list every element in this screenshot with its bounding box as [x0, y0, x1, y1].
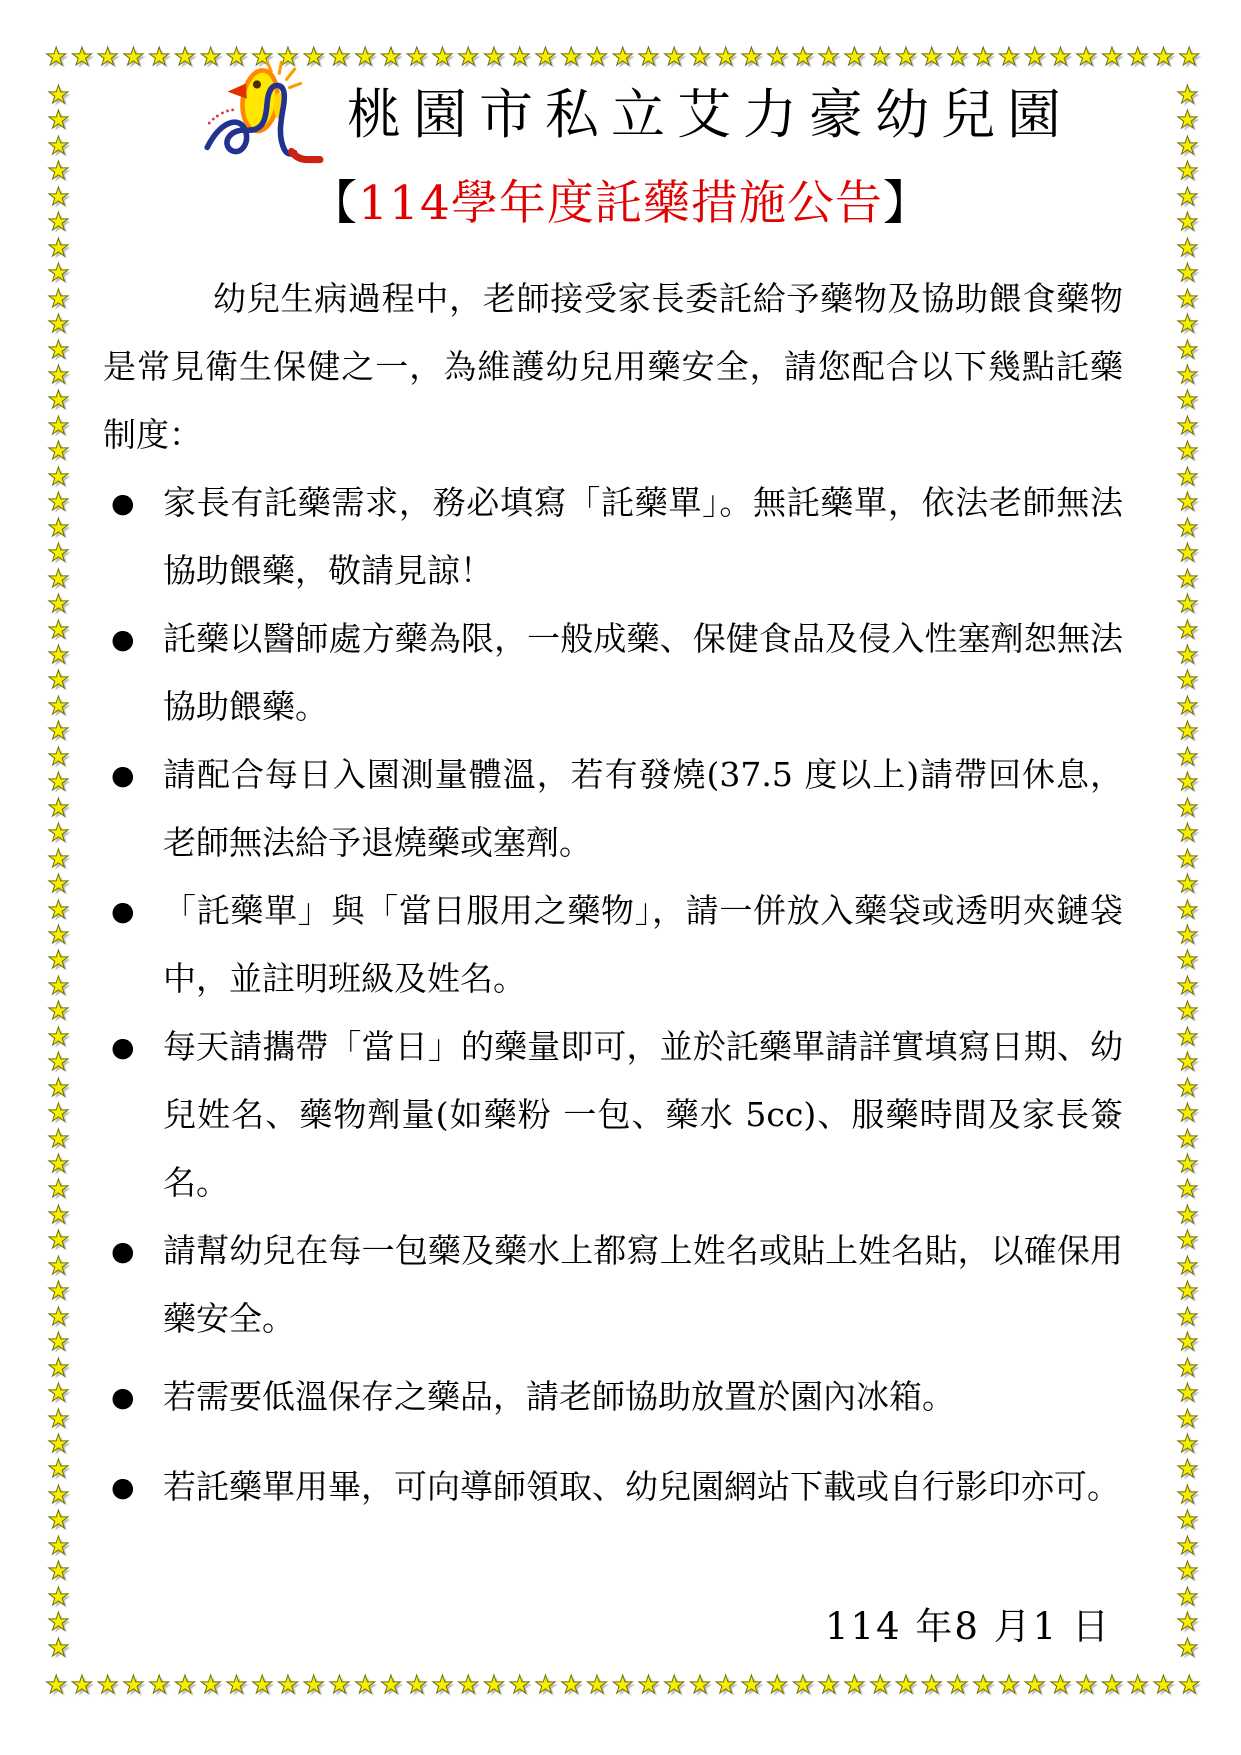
star-icon: ★	[946, 1672, 968, 1697]
star-icon: ★	[637, 44, 659, 69]
star-icon: ★	[715, 1672, 737, 1697]
star-icon: ★	[1176, 133, 1198, 158]
star-icon: ★	[47, 1635, 69, 1660]
star-icon: ★	[47, 311, 69, 336]
star-icon: ★	[1024, 1672, 1046, 1697]
star-icon: ★	[47, 1609, 69, 1634]
star-icon: ★	[869, 1672, 891, 1697]
star-icon: ★	[483, 44, 505, 69]
star-icon: ★	[843, 1672, 865, 1697]
star-border-right: ★★★★★★★★★★★★★★★★★★★★★★★★★★★★★★★★★★★★★★★★…	[1174, 82, 1201, 1660]
star-icon: ★	[406, 1672, 428, 1697]
star-icon: ★	[740, 1672, 762, 1697]
star-icon: ★	[1176, 1100, 1198, 1125]
star-icon: ★	[47, 260, 69, 285]
star-icon: ★	[818, 44, 840, 69]
document-body: 幼兒生病過程中，老師接受家長委託給予藥物及協助餵食藥物是常見衛生保健之一，為維護…	[103, 265, 1123, 1521]
star-icon: ★	[71, 1672, 93, 1697]
star-icon: ★	[792, 44, 814, 69]
star-icon: ★	[483, 1672, 505, 1697]
star-icon: ★	[1176, 107, 1198, 132]
title-close-bracket: 】	[883, 176, 931, 231]
star-icon: ★	[47, 1151, 69, 1176]
star-icon: ★	[431, 44, 453, 69]
star-icon: ★	[1176, 464, 1198, 489]
star-icon: ★	[47, 82, 69, 107]
star-icon: ★	[47, 871, 69, 896]
star-icon: ★	[174, 1672, 196, 1697]
star-icon: ★	[47, 1482, 69, 1507]
star-icon: ★	[47, 107, 69, 132]
star-icon: ★	[1176, 1075, 1198, 1100]
star-icon: ★	[1176, 1635, 1198, 1660]
star-icon: ★	[1176, 1278, 1198, 1303]
star-icon: ★	[715, 44, 737, 69]
star-icon: ★	[457, 1672, 479, 1697]
star-icon: ★	[1049, 1672, 1071, 1697]
star-icon: ★	[792, 1672, 814, 1697]
bullet-item: 若需要低溫保存之藥品，請老師協助放置於園內冰箱。	[103, 1363, 1123, 1431]
star-icon: ★	[47, 1049, 69, 1074]
star-icon: ★	[998, 44, 1020, 69]
star-icon: ★	[1176, 693, 1198, 718]
star-icon: ★	[47, 286, 69, 311]
logo-red-tail	[291, 151, 319, 159]
star-icon: ★	[534, 44, 556, 69]
title-text: 114學年度託藥措施公告	[358, 176, 883, 231]
star-icon: ★	[1176, 337, 1198, 362]
star-icon: ★	[1176, 820, 1198, 845]
star-icon: ★	[1178, 44, 1200, 69]
star-icon: ★	[1176, 387, 1198, 412]
star-icon: ★	[47, 1253, 69, 1278]
star-icon: ★	[1176, 1304, 1198, 1329]
star-icon: ★	[1176, 1126, 1198, 1151]
star-icon: ★	[47, 387, 69, 412]
star-icon: ★	[1152, 1672, 1174, 1697]
star-icon: ★	[1176, 489, 1198, 514]
star-icon: ★	[1176, 1329, 1198, 1354]
star-icon: ★	[47, 1202, 69, 1227]
star-icon: ★	[1176, 1024, 1198, 1049]
star-icon: ★	[1176, 947, 1198, 972]
star-icon: ★	[1176, 362, 1198, 387]
star-icon: ★	[225, 1672, 247, 1697]
star-icon: ★	[47, 1278, 69, 1303]
bullet-item: 託藥以醫師處方藥為限，一般成藥、保健食品及侵入性塞劑恕無法協助餵藥。	[103, 605, 1123, 741]
star-icon: ★	[47, 897, 69, 922]
star-icon: ★	[1176, 744, 1198, 769]
announcement-page: ★★★★★★★★★★★★★★★★★★★★★★★★★★★★★★★★★★★★★★★★…	[0, 0, 1241, 1755]
star-icon: ★	[1176, 1176, 1198, 1201]
star-icon: ★	[895, 44, 917, 69]
star-icon: ★	[637, 1672, 659, 1697]
star-icon: ★	[1176, 1558, 1198, 1583]
star-icon: ★	[47, 1075, 69, 1100]
star-icon: ★	[1176, 617, 1198, 642]
star-icon: ★	[1176, 515, 1198, 540]
announcement-title: 【114學年度託藥措施公告】	[0, 166, 1241, 233]
star-icon: ★	[612, 1672, 634, 1697]
star-icon: ★	[1178, 1672, 1200, 1697]
star-icon: ★	[328, 1672, 350, 1697]
star-icon: ★	[1176, 260, 1198, 285]
star-icon: ★	[45, 1672, 67, 1697]
star-icon: ★	[47, 1100, 69, 1125]
star-icon: ★	[1127, 1672, 1149, 1697]
bullet-item: 請配合每日入園測量體溫，若有發燒(37.5 度以上)請帶回休息，老師無法給予退燒…	[103, 741, 1123, 877]
star-icon: ★	[1127, 44, 1149, 69]
star-icon: ★	[586, 1672, 608, 1697]
star-icon: ★	[946, 44, 968, 69]
star-icon: ★	[740, 44, 762, 69]
star-icon: ★	[47, 1507, 69, 1532]
star-icon: ★	[47, 489, 69, 514]
star-icon: ★	[380, 44, 402, 69]
star-icon: ★	[47, 1584, 69, 1609]
star-icon: ★	[45, 44, 67, 69]
star-icon: ★	[1075, 1672, 1097, 1697]
star-icon: ★	[1176, 1202, 1198, 1227]
star-icon: ★	[47, 1176, 69, 1201]
star-icon: ★	[200, 1672, 222, 1697]
star-icon: ★	[1176, 311, 1198, 336]
star-icon: ★	[1176, 998, 1198, 1023]
policy-bullet-list: 家長有託藥需求，務必填寫「託藥單」。無託藥單，依法老師無法協助餵藥，敬請見諒！託…	[103, 469, 1123, 1521]
star-icon: ★	[663, 44, 685, 69]
intro-paragraph: 幼兒生病過程中，老師接受家長委託給予藥物及協助餵食藥物是常見衛生保健之一，為維護…	[103, 265, 1123, 469]
star-icon: ★	[47, 438, 69, 463]
star-icon: ★	[921, 1672, 943, 1697]
star-icon: ★	[1176, 1507, 1198, 1532]
logo-eye	[253, 80, 261, 88]
star-icon: ★	[1176, 540, 1198, 565]
star-icon: ★	[1176, 438, 1198, 463]
star-icon: ★	[1176, 1151, 1198, 1176]
star-border-bottom: ★★★★★★★★★★★★★★★★★★★★★★★★★★★★★★★★★★★★★★★★…	[45, 1672, 1201, 1697]
star-icon: ★	[1176, 286, 1198, 311]
star-icon: ★	[560, 44, 582, 69]
star-icon: ★	[869, 44, 891, 69]
star-icon: ★	[47, 1431, 69, 1456]
star-icon: ★	[689, 1672, 711, 1697]
star-icon: ★	[818, 1672, 840, 1697]
star-icon: ★	[47, 769, 69, 794]
bullet-item: 請幫幼兒在每一包藥及藥水上都寫上姓名或貼上姓名貼，以確保用藥安全。	[103, 1217, 1123, 1353]
star-icon: ★	[122, 44, 144, 69]
star-icon: ★	[972, 44, 994, 69]
star-icon: ★	[895, 1672, 917, 1697]
star-icon: ★	[1176, 1355, 1198, 1380]
star-icon: ★	[47, 591, 69, 616]
star-icon: ★	[509, 1672, 531, 1697]
star-icon: ★	[612, 44, 634, 69]
star-icon: ★	[972, 1672, 994, 1697]
star-icon: ★	[1176, 1533, 1198, 1558]
star-icon: ★	[1176, 1584, 1198, 1609]
star-icon: ★	[1024, 44, 1046, 69]
star-icon: ★	[97, 1672, 119, 1697]
star-icon: ★	[47, 846, 69, 871]
star-icon: ★	[1176, 566, 1198, 591]
star-icon: ★	[251, 1672, 273, 1697]
school-bird-logo-icon	[193, 58, 325, 180]
star-icon: ★	[47, 235, 69, 260]
star-icon: ★	[47, 1329, 69, 1354]
star-icon: ★	[1176, 1456, 1198, 1481]
star-icon: ★	[328, 44, 350, 69]
star-icon: ★	[47, 642, 69, 667]
star-icon: ★	[921, 44, 943, 69]
star-icon: ★	[47, 515, 69, 540]
star-icon: ★	[1176, 871, 1198, 896]
star-icon: ★	[431, 1672, 453, 1697]
star-icon: ★	[71, 44, 93, 69]
star-icon: ★	[1176, 846, 1198, 871]
star-icon: ★	[1176, 769, 1198, 794]
star-icon: ★	[1101, 1672, 1123, 1697]
star-icon: ★	[47, 133, 69, 158]
star-icon: ★	[47, 820, 69, 845]
star-icon: ★	[1176, 718, 1198, 743]
star-icon: ★	[47, 922, 69, 947]
bullet-item: 每天請攜帶「當日」的藥量即可，並於託藥單請詳實填寫日期、幼兒姓名、藥物劑量(如藥…	[103, 1013, 1123, 1217]
star-icon: ★	[457, 44, 479, 69]
star-icon: ★	[47, 667, 69, 692]
logo-beak	[228, 83, 247, 98]
star-icon: ★	[1176, 235, 1198, 260]
star-icon: ★	[47, 1380, 69, 1405]
star-icon: ★	[560, 1672, 582, 1697]
star-icon: ★	[47, 1558, 69, 1583]
star-icon: ★	[47, 337, 69, 362]
star-icon: ★	[586, 44, 608, 69]
star-icon: ★	[47, 566, 69, 591]
issue-date: 114 年8 月1 日	[825, 1596, 1111, 1650]
school-name-title: 桃園市私立艾力豪幼兒園	[320, 72, 1100, 149]
star-icon: ★	[509, 44, 531, 69]
star-icon: ★	[1176, 82, 1198, 107]
star-icon: ★	[1176, 667, 1198, 692]
star-icon: ★	[354, 1672, 376, 1697]
star-icon: ★	[1176, 591, 1198, 616]
star-icon: ★	[47, 1355, 69, 1380]
star-icon: ★	[380, 1672, 402, 1697]
star-icon: ★	[766, 44, 788, 69]
star-icon: ★	[766, 1672, 788, 1697]
star-icon: ★	[47, 1304, 69, 1329]
star-icon: ★	[148, 44, 170, 69]
star-icon: ★	[1176, 1431, 1198, 1456]
star-icon: ★	[97, 44, 119, 69]
star-icon: ★	[148, 1672, 170, 1697]
star-icon: ★	[689, 44, 711, 69]
star-icon: ★	[47, 413, 69, 438]
star-icon: ★	[47, 718, 69, 743]
star-icon: ★	[1176, 795, 1198, 820]
star-icon: ★	[1176, 922, 1198, 947]
star-icon: ★	[47, 1126, 69, 1151]
star-icon: ★	[406, 44, 428, 69]
star-icon: ★	[47, 1227, 69, 1252]
bullet-item: 家長有託藥需求，務必填寫「託藥單」。無託藥單，依法老師無法協助餵藥，敬請見諒！	[103, 469, 1123, 605]
star-icon: ★	[1176, 973, 1198, 998]
star-icon: ★	[1075, 44, 1097, 69]
star-icon: ★	[534, 1672, 556, 1697]
star-icon: ★	[663, 1672, 685, 1697]
star-icon: ★	[1176, 1049, 1198, 1074]
star-icon: ★	[1176, 413, 1198, 438]
star-icon: ★	[47, 947, 69, 972]
star-icon: ★	[1176, 642, 1198, 667]
star-icon: ★	[998, 1672, 1020, 1697]
star-icon: ★	[1101, 44, 1123, 69]
bullet-item: 若託藥單用畢，可向導師領取、幼兒園網站下載或自行影印亦可。	[103, 1453, 1123, 1521]
star-icon: ★	[47, 795, 69, 820]
star-icon: ★	[277, 1672, 299, 1697]
star-icon: ★	[1176, 1609, 1198, 1634]
star-icon: ★	[1176, 1406, 1198, 1431]
star-icon: ★	[1176, 1380, 1198, 1405]
star-icon: ★	[47, 362, 69, 387]
star-icon: ★	[843, 44, 865, 69]
star-icon: ★	[122, 1672, 144, 1697]
bullet-item: 「託藥單」與「當日服用之藥物」，請一併放入藥袋或透明夾鏈袋中，並註明班級及姓名。	[103, 877, 1123, 1013]
star-icon: ★	[47, 1024, 69, 1049]
star-icon: ★	[47, 540, 69, 565]
star-icon: ★	[1176, 897, 1198, 922]
star-icon: ★	[47, 998, 69, 1023]
star-icon: ★	[1049, 44, 1071, 69]
star-border-left: ★★★★★★★★★★★★★★★★★★★★★★★★★★★★★★★★★★★★★★★★…	[45, 82, 72, 1660]
star-icon: ★	[1176, 1482, 1198, 1507]
star-icon: ★	[1152, 44, 1174, 69]
star-icon: ★	[303, 1672, 325, 1697]
star-icon: ★	[47, 973, 69, 998]
star-icon: ★	[1176, 1227, 1198, 1252]
title-open-bracket: 【	[310, 176, 358, 231]
star-icon: ★	[47, 693, 69, 718]
star-icon: ★	[47, 744, 69, 769]
star-icon: ★	[354, 44, 376, 69]
star-icon: ★	[47, 1533, 69, 1558]
star-icon: ★	[47, 1406, 69, 1431]
star-icon: ★	[1176, 1253, 1198, 1278]
star-icon: ★	[47, 464, 69, 489]
star-icon: ★	[47, 1456, 69, 1481]
star-icon: ★	[47, 617, 69, 642]
